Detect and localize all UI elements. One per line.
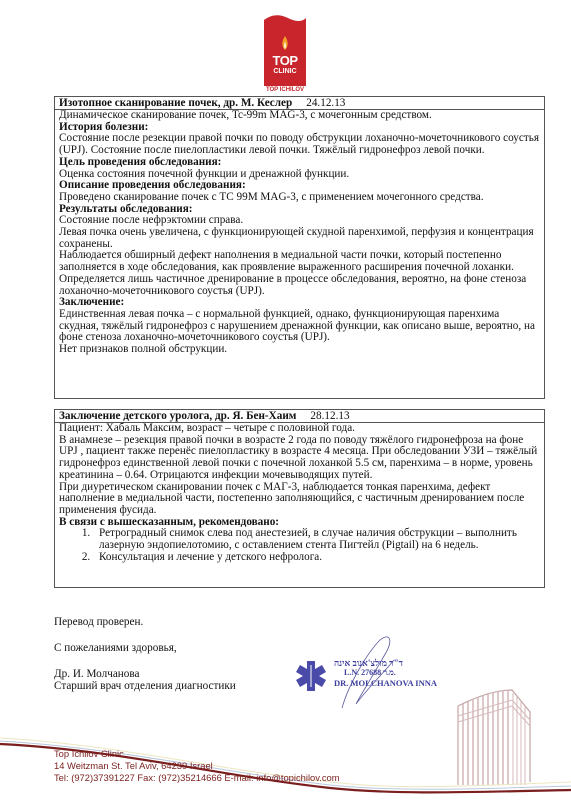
patient-info: Пациент: Хабаль Максим, возраст – четыре… [59, 423, 540, 435]
footer-clinic-name: Top Ichilov Clinic [54, 748, 124, 760]
report-body: Динамическое сканирование почек, Tc-99m … [55, 110, 544, 356]
report-title: Изотопное сканирование почек, др. М. Кес… [59, 97, 292, 109]
procedure-text: Проведено сканирование почек с TC 99M MA… [59, 192, 540, 204]
results-paragraph: Определяется лишь частичное дренирование… [59, 274, 540, 297]
anamnesis-text: В анамнезе – резекция правой почки в воз… [59, 435, 540, 482]
footer-address: 14 Weitzman St. Tel Aviv, 64239 Israel [54, 760, 213, 772]
stamp-hebrew-name: ד"ר מולצ'אנוב אינה [334, 658, 403, 668]
report-date: 28.12.13 [310, 410, 349, 422]
report-title: Заключение детского уролога, др. Я. Бен-… [59, 410, 296, 422]
results-paragraph: Наблюдается обширный дефект наполнения в… [59, 250, 540, 273]
isotope-scan-report: Изотопное сканирование почек, др. М. Кес… [54, 96, 545, 399]
logo-caption: TOP ICHILOV [260, 87, 310, 94]
report-intro: Динамическое сканирование почек, Tc-99m … [59, 110, 540, 122]
stamp-english-name: DR. MOLCHANOVA INNA [334, 678, 437, 688]
report-date: 24.12.13 [306, 97, 345, 109]
logo-title: TOP [264, 54, 306, 67]
star-of-life-icon [296, 661, 326, 691]
scan-text: При диуретическом сканировании почек с М… [59, 482, 540, 517]
translation-verified: Перевод проверен. [54, 616, 143, 628]
footer-contacts: Tel: (972)37391227 Fax: (972)35214666 E-… [54, 772, 340, 784]
stamp-license: L.N. 27688 מ.ר. [344, 668, 396, 677]
results-paragraph: Левая почка очень увеличена, с функциони… [59, 227, 540, 250]
report-body: Пациент: Хабаль Максим, возраст – четыре… [55, 423, 544, 563]
recommendation-item: Ретроградный снимок слева под анестезией… [93, 528, 540, 551]
conclusion-paragraph: Единственная левая почка – с нормальной … [59, 309, 540, 344]
recommendation-item: Консультация и лечение у детского нефрол… [93, 552, 540, 564]
conclusion-paragraph: Нет признаков полной обструкции. [59, 344, 540, 356]
recommendations-list: Ретроградный снимок слева под анестезией… [59, 528, 540, 563]
top-clinic-logo: TOP CLINIC TOP ICHILOV [264, 14, 306, 94]
urologist-conclusion-report: Заключение детского уролога, др. Я. Бен-… [54, 409, 545, 588]
goal-heading: Цель проведения обследования: [59, 157, 540, 169]
history-text: Состояние после резекции правой почки по… [59, 133, 540, 156]
logo-subtitle: CLINIC [264, 68, 306, 76]
